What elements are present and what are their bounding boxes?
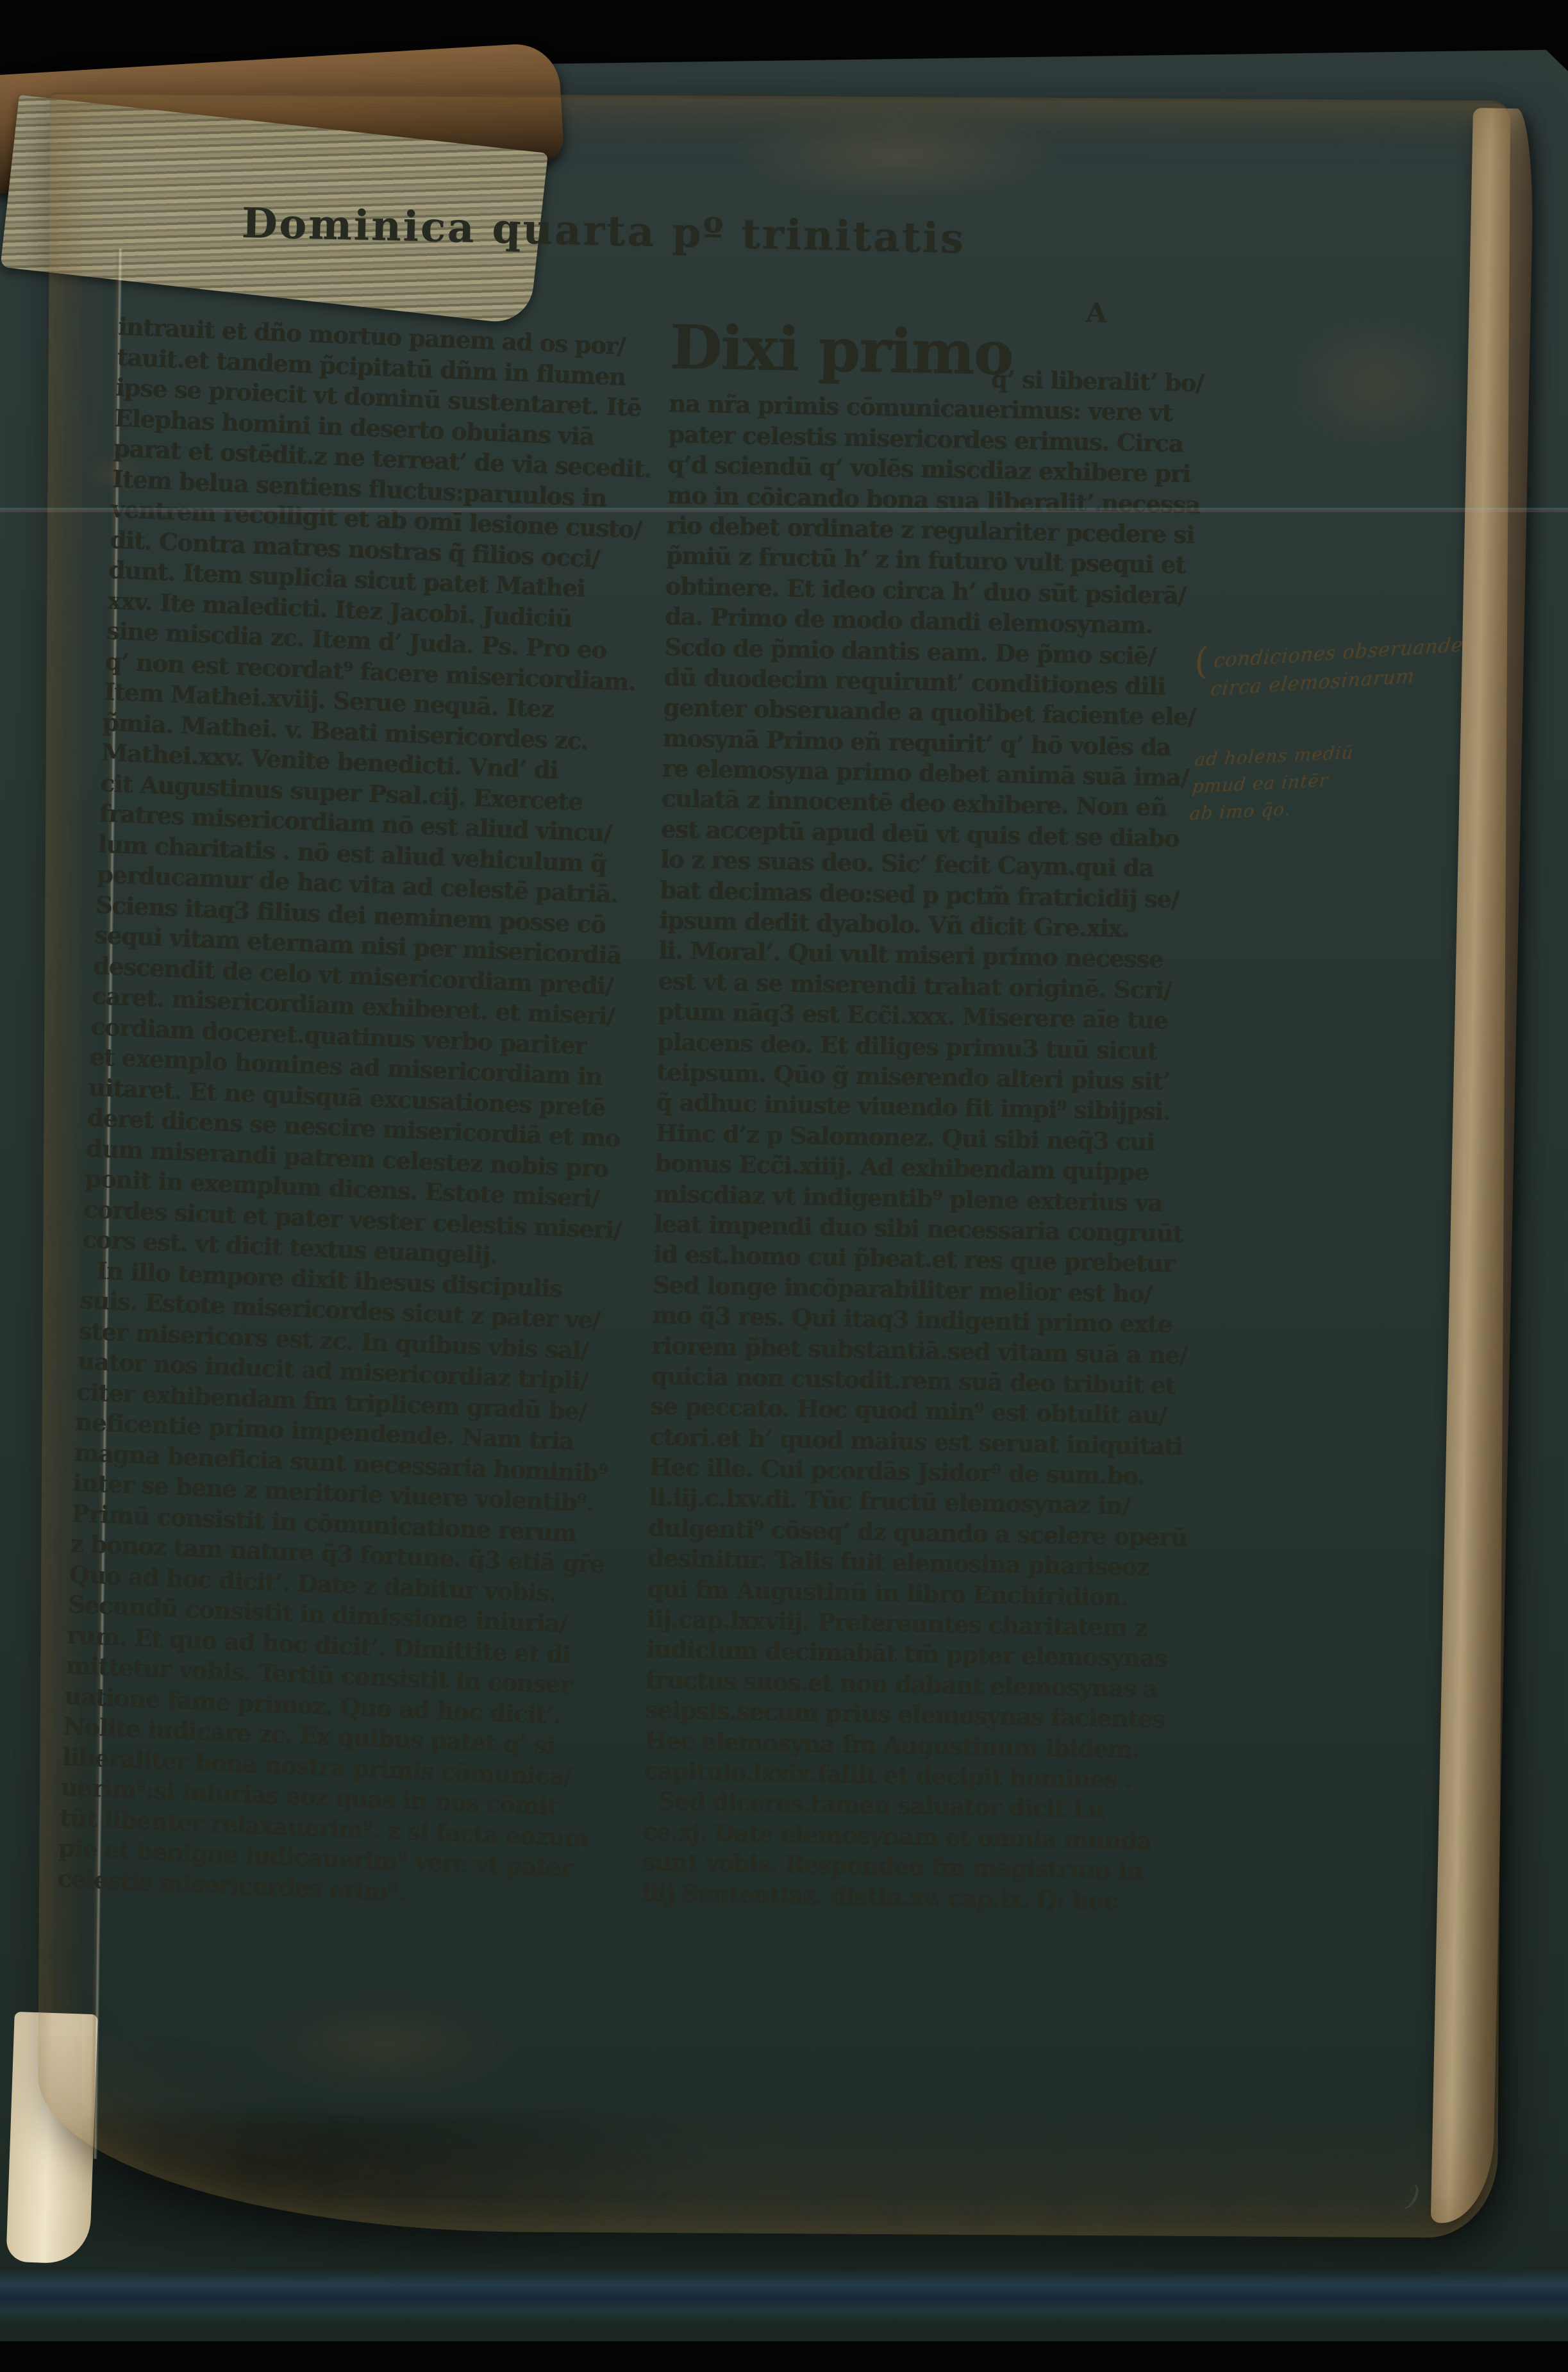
paper-stain — [729, 108, 1063, 206]
right-text-column: Dixi primo A q’ si liberalit’ bo/na nr̃a… — [641, 298, 1241, 1918]
handwritten-marginalia: ad holens mediūpmud ea intērab imo q̃o. — [1189, 739, 1355, 828]
book-page: Dominica quarta pº trinitatis intrauit e… — [37, 92, 1510, 2238]
handwritten-marginalia: condiciones obseruandecirca elemosinarum — [1209, 631, 1465, 705]
photographed-book-scan: Dominica quarta pº trinitatis intrauit e… — [0, 0, 1568, 2372]
paper-stain — [249, 1993, 519, 2098]
paper-stain — [1285, 313, 1465, 456]
stray-ink-mark: ) — [1405, 2178, 1423, 2214]
left-text-column: intrauit et dño mortuo panem ad os por/t… — [56, 299, 674, 1916]
running-title: Dominica quarta pº trinitatis — [241, 199, 1075, 265]
section-incipit: Dixi primo — [669, 312, 1013, 389]
paragraph-letter-mark: A — [1086, 297, 1107, 329]
